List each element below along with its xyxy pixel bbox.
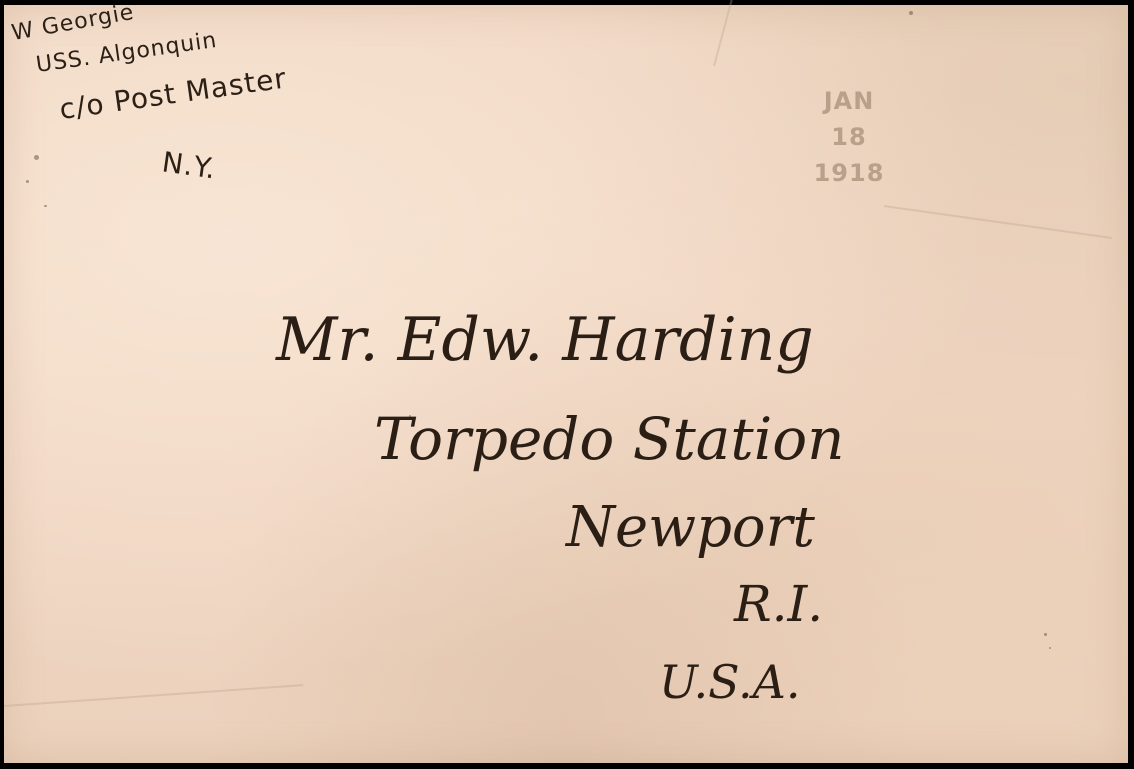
recipient-address: Mr. Edw. Harding Torpedo Station Newport… <box>4 5 1128 763</box>
recipient-city: Newport <box>566 495 815 560</box>
envelope: W Georgie USS. Algonquin c/o Post Master… <box>4 5 1128 763</box>
recipient-station: Torpedo Station <box>374 405 845 473</box>
recipient-state: R.I. <box>734 575 823 633</box>
recipient-name: Mr. Edw. Harding <box>276 305 814 375</box>
recipient-country: U.S.A. <box>659 655 801 709</box>
